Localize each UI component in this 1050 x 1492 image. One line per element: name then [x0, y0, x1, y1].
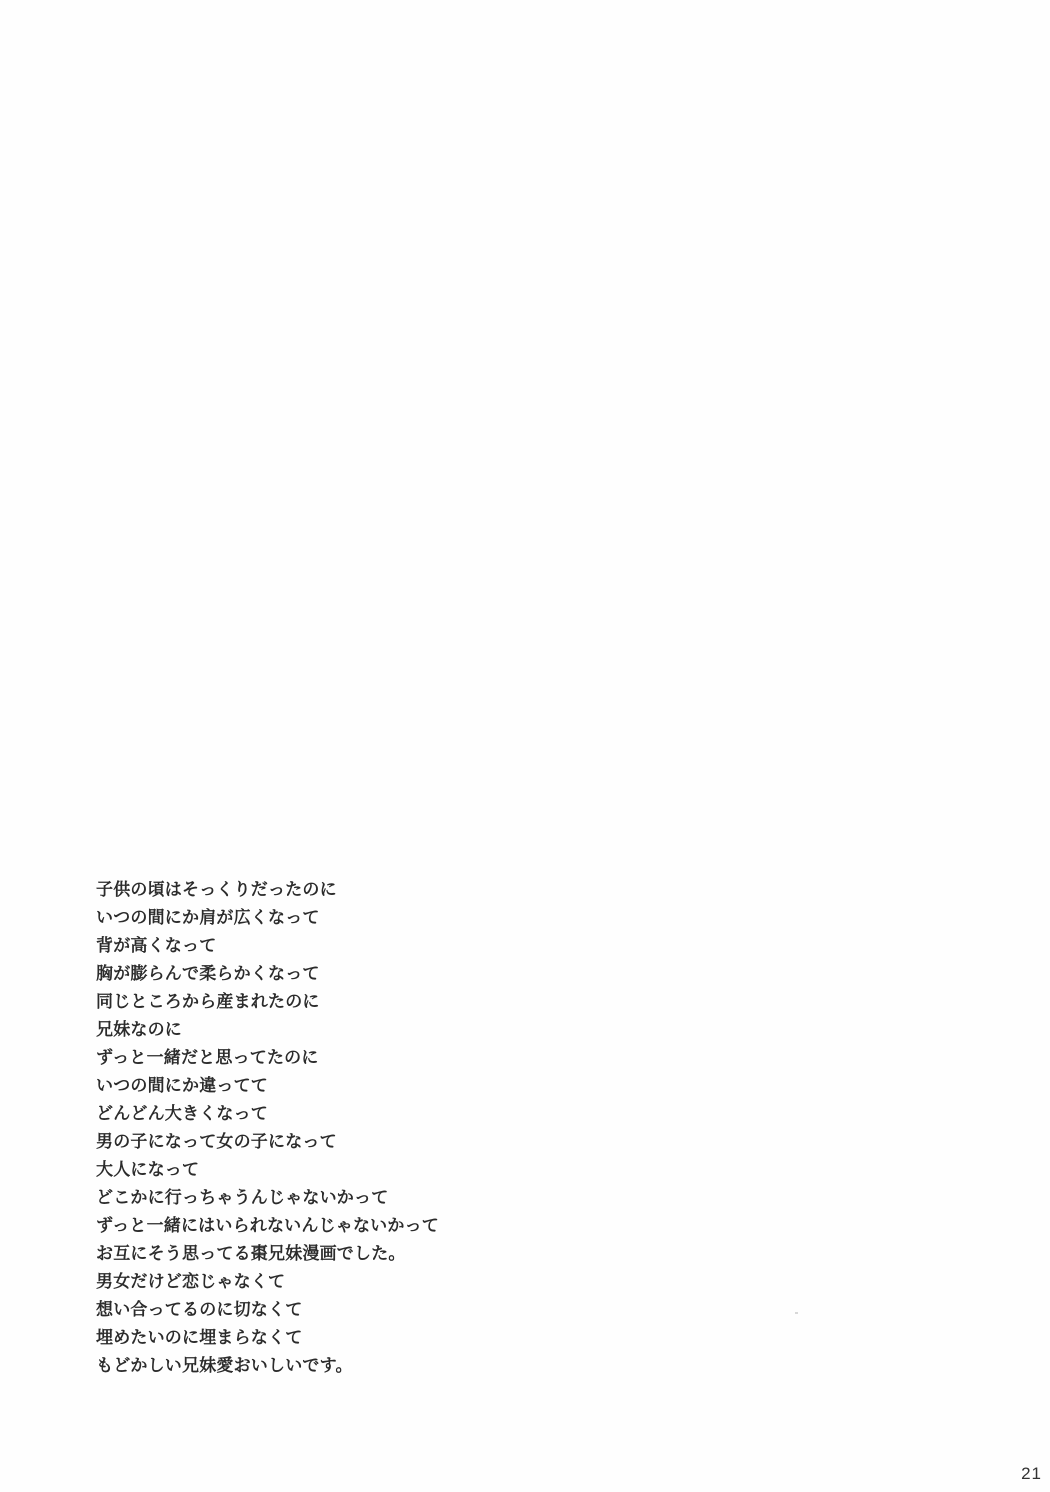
text-line: 大人になって [96, 1156, 439, 1184]
page-number: 21 [1021, 1464, 1042, 1484]
text-line: 男の子になって女の子になって [96, 1128, 439, 1156]
text-line: どんどん大きくなって [96, 1100, 439, 1128]
text-line: 想い合ってるのに切なくて [96, 1296, 439, 1324]
text-line: ずっと一緒だと思ってたのに [96, 1044, 439, 1072]
text-line: 兄妹なのに [96, 1016, 439, 1044]
afterword-text-block: 子供の頃はそっくりだったのに いつの間にか肩が広くなって 背が高くなって 胸が膨… [96, 876, 439, 1380]
text-line: いつの間にか肩が広くなって [96, 904, 439, 932]
text-line: 胸が膨らんで柔らかくなって [96, 960, 439, 988]
text-line: 背が高くなって [96, 932, 439, 960]
text-line: 子供の頃はそっくりだったのに [96, 876, 439, 904]
text-line: もどかしい兄妹愛おいしいです。 [96, 1352, 439, 1380]
text-line: 男女だけど恋じゃなくて [96, 1268, 439, 1296]
text-line: どこかに行っちゃうんじゃないかって [96, 1184, 439, 1212]
text-line: 同じところから産まれたのに [96, 988, 439, 1016]
scan-speck [795, 1312, 798, 1314]
text-line: 埋めたいのに埋まらなくて [96, 1324, 439, 1352]
document-page: 子供の頃はそっくりだったのに いつの間にか肩が広くなって 背が高くなって 胸が膨… [0, 0, 1050, 1492]
text-line: ずっと一緒にはいられないんじゃないかって [96, 1212, 439, 1240]
text-line: お互にそう思ってる棗兄妹漫画でした。 [96, 1240, 439, 1268]
text-line: いつの間にか違ってて [96, 1072, 439, 1100]
